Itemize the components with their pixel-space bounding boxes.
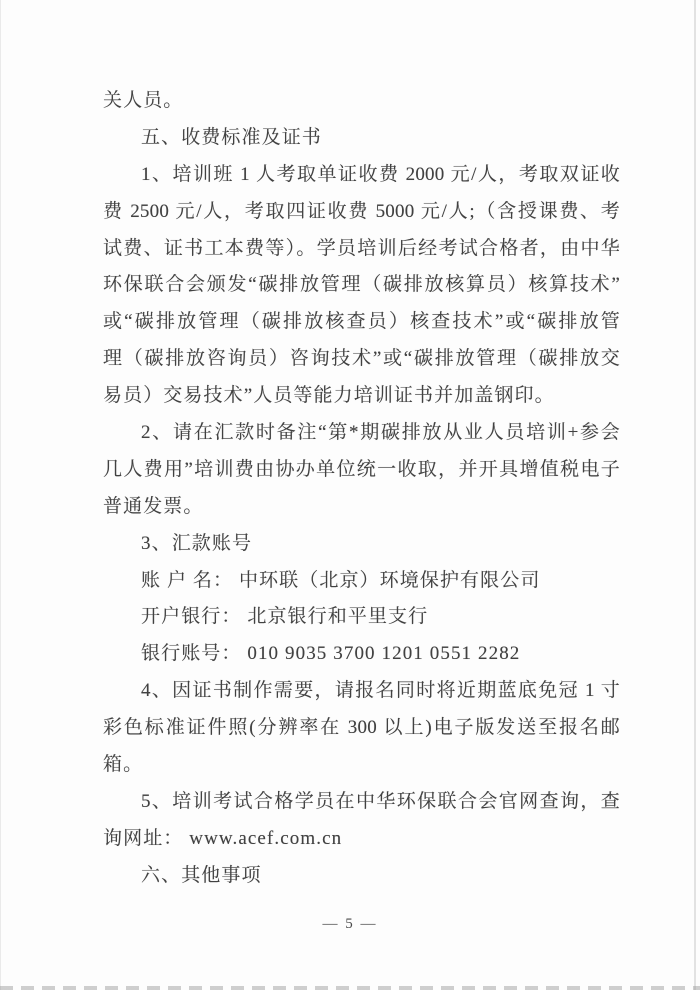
document-body: 关人员。 五、收费标准及证书 1、培训班 1 人考取单证收费 2000 元/人，…	[103, 83, 620, 895]
text-line: 3、汇款账号	[103, 526, 620, 563]
text-line: 试费、证书工本费等）。学员培训后经考试合格者，由中华	[103, 231, 620, 268]
text-line: 普通发票。	[103, 489, 620, 526]
text-line: 或“碳排放管理（碳排放核查员）核查技术”或“碳排放管	[103, 304, 620, 341]
section-heading: 六、其他事项	[103, 858, 620, 895]
text-line: 1、培训班 1 人考取单证收费 2000 元/人，考取双证收	[103, 157, 620, 194]
text-line: 5、培训考试合格学员在中华环保联合会官网查询，查	[103, 784, 620, 821]
text-line: 费 2500 元/人，考取四证收费 5000 元/人;（含授课费、考	[103, 194, 620, 231]
text-line: 彩色标准证件照(分辨率在 300 以上)电子版发送至报名邮	[103, 710, 620, 747]
text-line: 箱。	[103, 747, 620, 784]
text-line: 易员）交易技术”人员等能力培训证书并加盖钢印。	[103, 378, 620, 415]
text-line: 环保联合会颁发“碳排放管理（碳排放核算员）核算技术”	[103, 267, 620, 304]
scan-edge-bottom	[0, 986, 700, 990]
website-line: 询网址： www.acef.com.cn	[103, 821, 620, 858]
account-name-line: 账 户 名： 中环联（北京）环境保护有限公司	[103, 563, 620, 600]
bank-line: 开户银行： 北京银行和平里支行	[103, 599, 620, 636]
scan-edge-right	[694, 0, 696, 990]
text-line: 理（碳排放咨询员）咨询技术”或“碳排放管理（碳排放交	[103, 341, 620, 378]
text-line: 几人费用”培训费由协办单位统一收取，并开具增值税电子	[103, 452, 620, 489]
text-line: 4、因证书制作需要，请报名同时将近期蓝底免冠 1 寸	[103, 673, 620, 710]
text-line: 2、请在汇款时备注“第*期碳排放从业人员培训+参会	[103, 415, 620, 452]
account-number-line: 银行账号： 010 9035 3700 1201 0551 2282	[103, 636, 620, 673]
text-line: 关人员。	[103, 83, 620, 120]
scan-edge-left	[0, 0, 1, 990]
section-heading: 五、收费标准及证书	[103, 120, 620, 157]
document-page: 关人员。 五、收费标准及证书 1、培训班 1 人考取单证收费 2000 元/人，…	[0, 0, 700, 990]
page-number: — 5 —	[0, 916, 700, 933]
